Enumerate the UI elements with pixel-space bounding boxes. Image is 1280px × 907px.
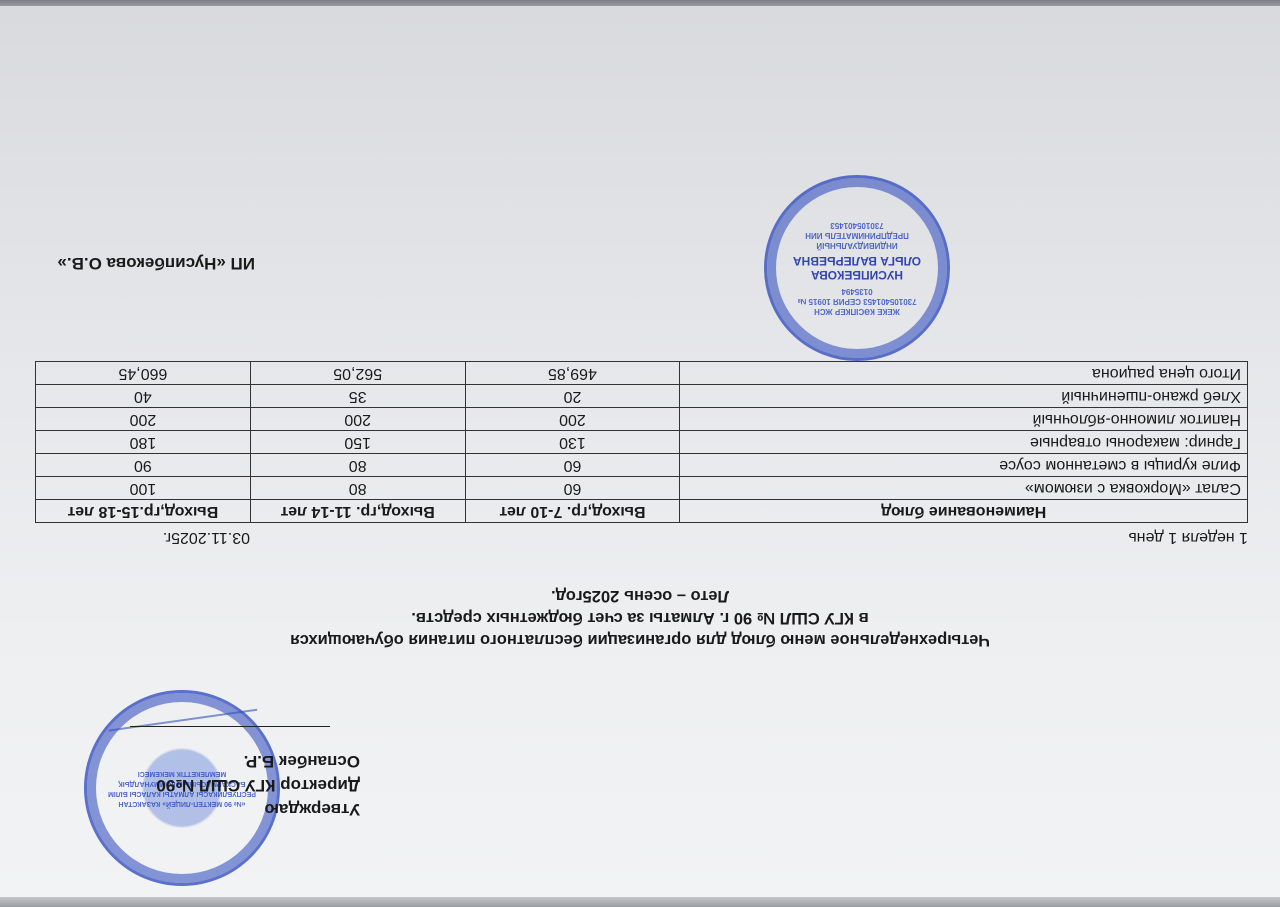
dish-name: Салат «Морковка с изюмом» — [680, 477, 1248, 500]
dish-name: Гарнир: макароны отварные — [680, 431, 1248, 454]
total-15-18: 660,45 — [36, 362, 251, 385]
title-line-1: Четырехнедельное меню блюд для организац… — [240, 629, 1040, 651]
total-row: Итого цена рациона 469,85 562,05 660,45 — [36, 362, 1248, 385]
yield-7-10: 130 — [465, 431, 680, 454]
signature-line — [130, 726, 330, 745]
table-row: Хлеб ржано-пшеничный 20 35 40 — [36, 385, 1248, 408]
yield-7-10: 60 — [465, 454, 680, 477]
header-dish-name: Наименование блюд — [680, 500, 1248, 523]
total-7-10: 469,85 — [465, 362, 680, 385]
yield-11-14: 200 — [250, 408, 465, 431]
yield-15-18: 100 — [36, 477, 251, 500]
dish-name: Напиток лимонно-яблочный — [680, 408, 1248, 431]
table-row: Гарнир: макароны отварные 130 150 180 — [36, 431, 1248, 454]
yield-11-14: 35 — [250, 385, 465, 408]
table-row: Салат «Морковка с изюмом» 60 80 100 — [36, 477, 1248, 500]
document-title: Четырехнедельное меню блюд для организац… — [240, 585, 1040, 651]
menu-date: 03.11.2025г. — [163, 528, 250, 546]
yield-7-10: 60 — [465, 477, 680, 500]
yield-15-18: 200 — [36, 408, 251, 431]
supplier-stamp-top: ЖЕКЕ КӘСІПКЕР ЖСН 730105401453 СЕРИЯ 109… — [792, 286, 922, 316]
dish-name: Хлеб ржано-пшеничный — [680, 385, 1248, 408]
supplier-name: ИП «Нусипбекова О.В.» — [57, 253, 255, 273]
rotated-document-page: «№ 90 МЕКТЕП-ЛИЦЕЙ» КАЗАКСТАН РЕСПУБЛИКА… — [0, 6, 1280, 901]
approval-line-3: Оспанбек Б.Р. — [60, 749, 360, 773]
total-11-14: 562,05 — [250, 362, 465, 385]
supplier-stamp: ЖЕКЕ КӘСІПКЕР ЖСН 730105401453 СЕРИЯ 109… — [764, 175, 950, 361]
supplier-stamp-body: ЖЕКЕ КӘСІПКЕР ЖСН 730105401453 СЕРИЯ 109… — [792, 220, 922, 316]
approval-line-1: Утверждаю — [60, 797, 360, 821]
supplier-stamp-name: НУСИПБЕКОВА ОЛЬГА ВАЛЕРЬЕВНА — [792, 254, 922, 282]
yield-15-18: 90 — [36, 454, 251, 477]
yield-11-14: 80 — [250, 454, 465, 477]
yield-15-18: 180 — [36, 431, 251, 454]
yield-11-14: 150 — [250, 431, 465, 454]
header-yield-11-14: Выход,гр. 11-14 лет — [250, 500, 465, 523]
week-day-label: 1 неделя 1 день — [1128, 528, 1248, 546]
paper-sheet: «№ 90 МЕКТЕП-ЛИЦЕЙ» КАЗАКСТАН РЕСПУБЛИКА… — [0, 6, 1280, 901]
total-label: Итого цена рациона — [680, 362, 1248, 385]
title-line-3: Лето – осень 2025год. — [240, 585, 1040, 607]
yield-7-10: 200 — [465, 408, 680, 431]
table-header-row: Наименование блюд Выход,гр. 7-10 лет Вых… — [36, 500, 1248, 523]
menu-table: Наименование блюд Выход,гр. 7-10 лет Вых… — [35, 361, 1248, 523]
yield-7-10: 20 — [465, 385, 680, 408]
approval-line-2: Директор КГУ СШЛ №90 — [60, 773, 360, 797]
table-row: Филе курицы в сметанном соусе 60 80 90 — [36, 454, 1248, 477]
table-row: Напиток лимонно-яблочный 200 200 200 — [36, 408, 1248, 431]
photo-edge-bottom — [0, 897, 1280, 907]
dish-name: Филе курицы в сметанном соусе — [680, 454, 1248, 477]
supplier-stamp-bottom: ИНДИВИДУАЛЬНЫЙ ПРЕДПРИНИМАТЕЛЬ ИИН 73010… — [792, 220, 922, 250]
header-yield-15-18: Выход,гр.15-18 лет — [36, 500, 251, 523]
title-line-2: в КГУ СШЛ № 90 г. Алматы за счет бюджетн… — [240, 607, 1040, 629]
yield-11-14: 80 — [250, 477, 465, 500]
yield-15-18: 40 — [36, 385, 251, 408]
header-yield-7-10: Выход,гр. 7-10 лет — [465, 500, 680, 523]
approval-block: Утверждаю Директор КГУ СШЛ №90 Оспанбек … — [60, 726, 360, 821]
